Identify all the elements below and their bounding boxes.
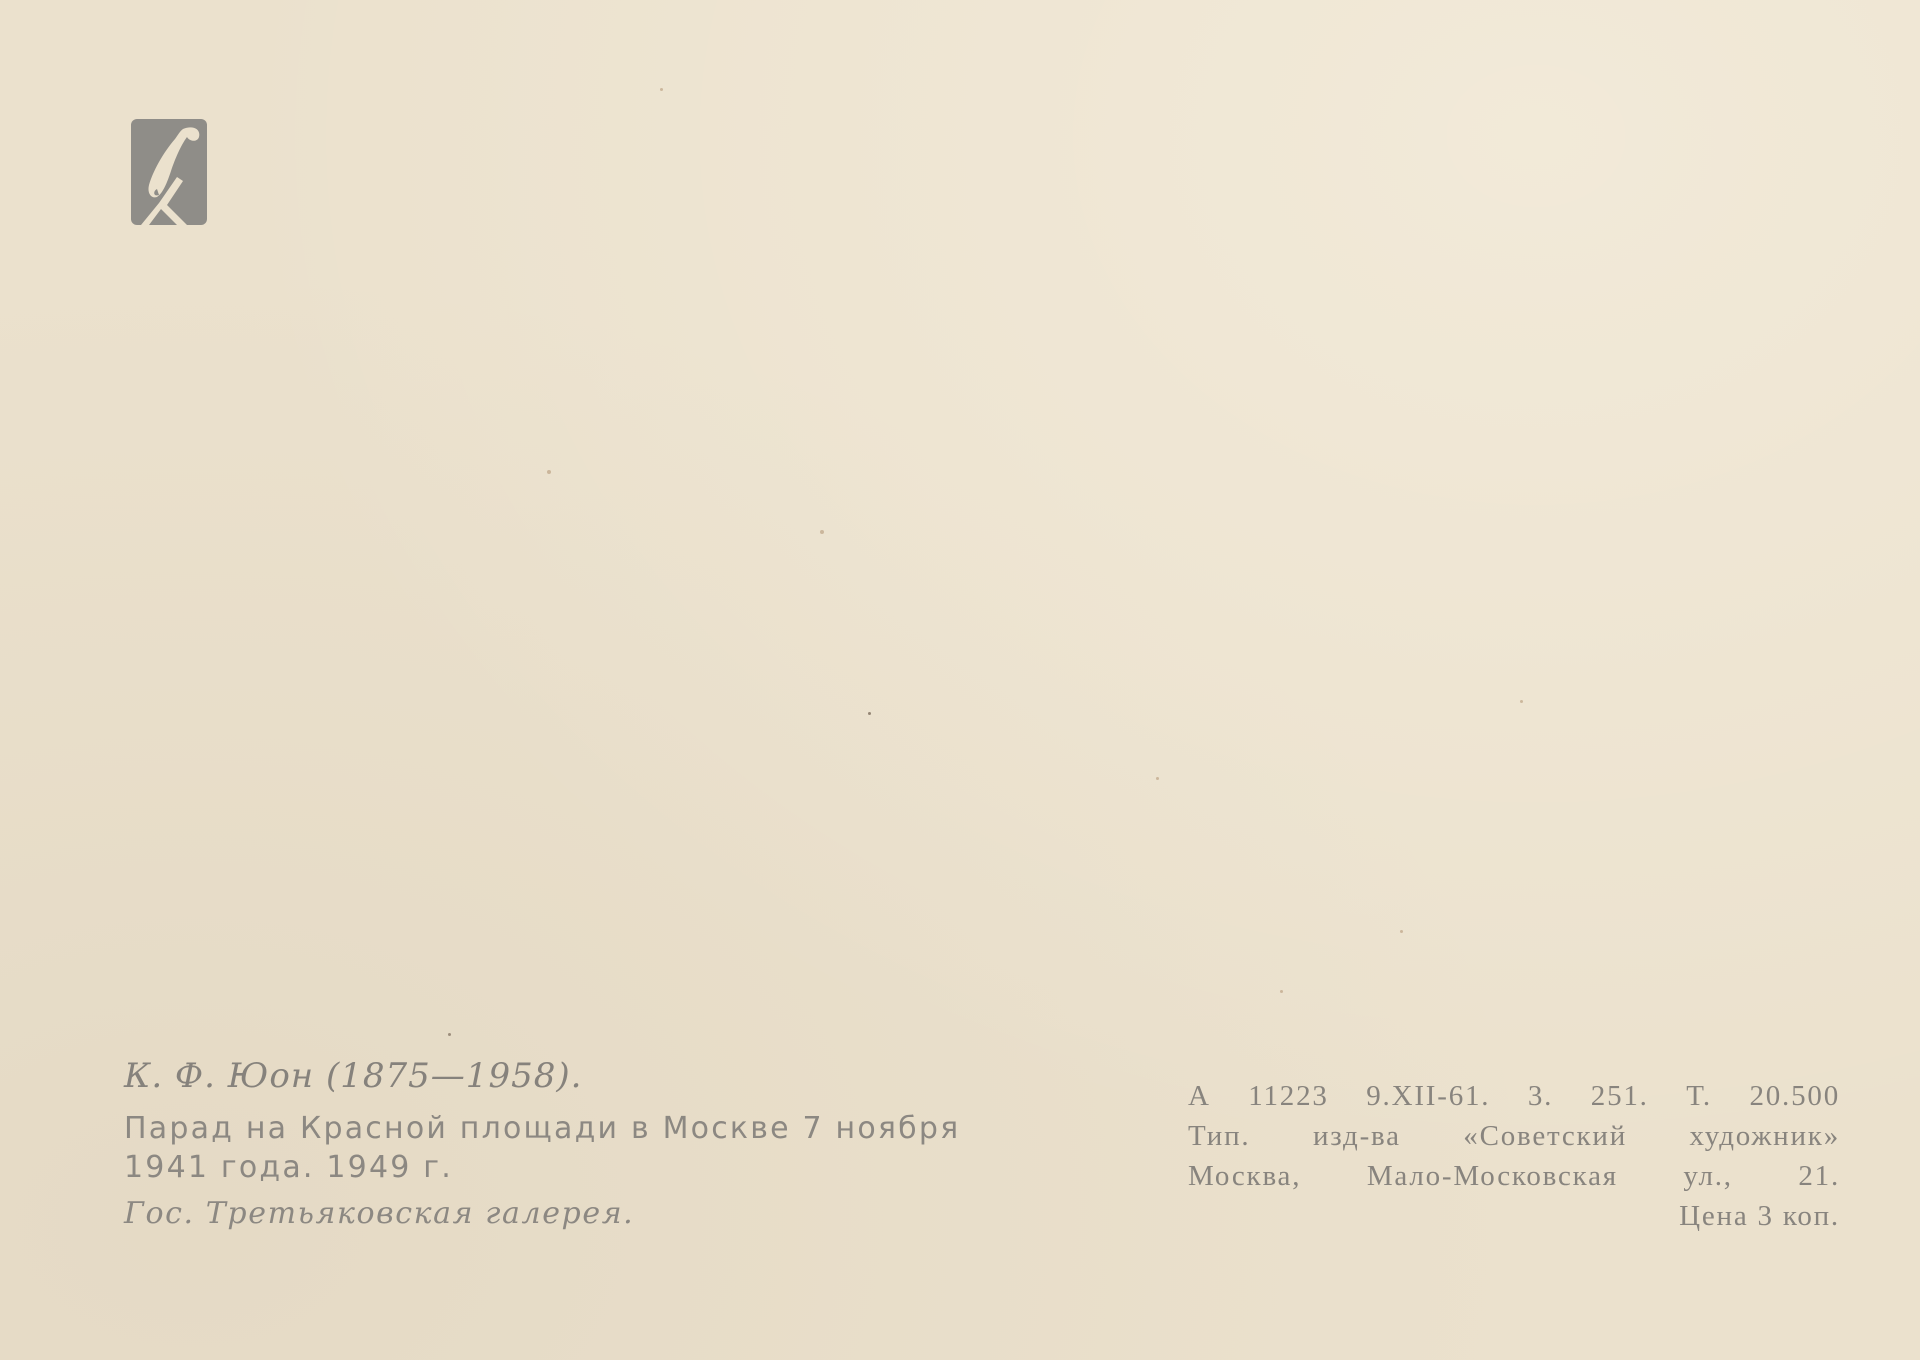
artwork-title-line-2: 1941 года. 1949 г. <box>124 1148 1084 1194</box>
paper-speck <box>547 470 551 474</box>
publisher-imprint: А 11223 9.XII-61. 3. 251. Т. 20.500 Тип.… <box>1188 1076 1840 1236</box>
paper-speck <box>868 712 871 715</box>
paper-speck <box>660 88 663 91</box>
publisher-logo <box>131 119 207 225</box>
artwork-caption: К. Ф. Юон (1875—1958). Парад на Красной … <box>124 1056 1084 1234</box>
paper-speck <box>1156 777 1159 780</box>
artist-name: К. Ф. Юон (1875—1958). <box>124 1056 1084 1110</box>
artwork-title-line-1: Парад на Красной площади в Москве 7 нояб… <box>124 1110 1084 1148</box>
paper-speck <box>1400 930 1403 933</box>
order-number: А 11223 9.XII-61. 3. 251. Т. 20.500 <box>1188 1076 1840 1116</box>
price: Цена 3 коп. <box>1188 1196 1840 1236</box>
paper-speck <box>448 1033 451 1036</box>
sovetsky-khudozhnik-monogram-icon <box>131 119 207 225</box>
paper-speck <box>1520 700 1523 703</box>
paper-speck <box>820 530 824 534</box>
collection-name: Гос. Третьяковская галерея. <box>124 1194 1084 1234</box>
paper-speck <box>1280 990 1283 993</box>
printer-name: Тип. изд-ва «Советский художник» <box>1188 1116 1840 1156</box>
printer-address: Москва, Мало-Московская ул., 21. <box>1188 1156 1840 1196</box>
